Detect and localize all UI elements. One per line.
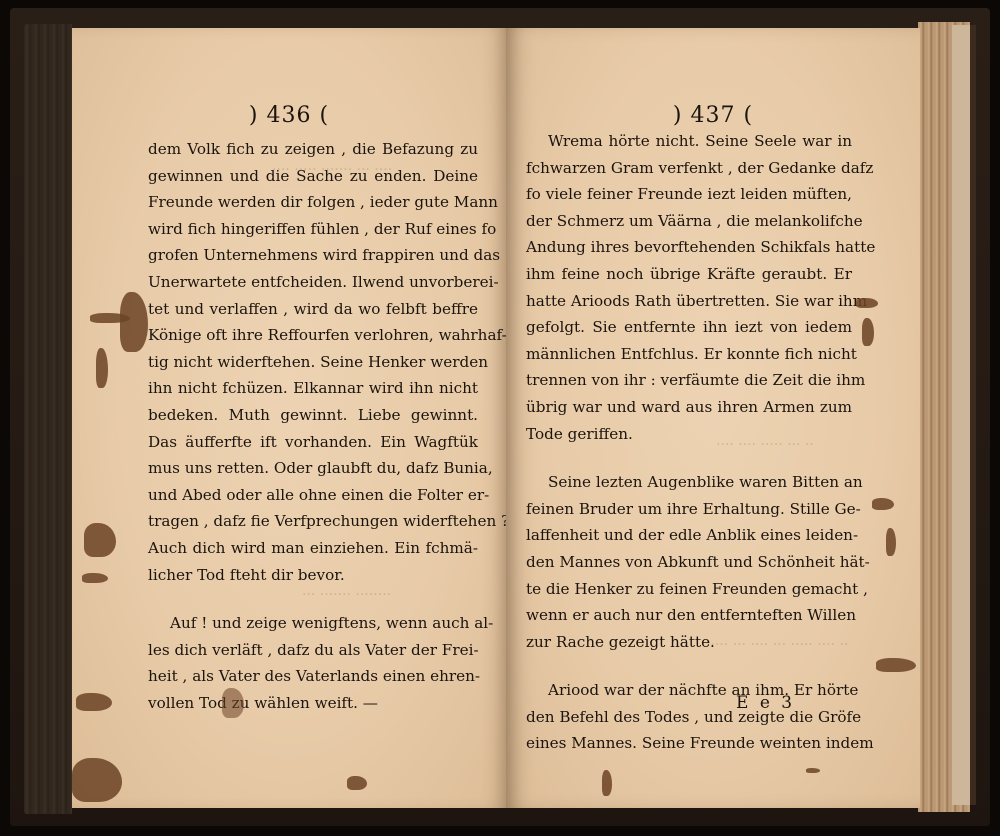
text-line: fo viele feiner Freunde iezt leiden müft… xyxy=(526,181,852,208)
paragraph: Wrema hörte nicht. Seine Seele war in fc… xyxy=(526,128,852,447)
ink-stain xyxy=(90,313,130,323)
text-line: Auch dich wird man einziehen. Ein fchmä- xyxy=(148,535,478,562)
ink-stain xyxy=(72,758,122,802)
body-text: dem Volk fich zu zeigen , die Befazung z… xyxy=(148,136,478,716)
text-line: les dich verläft , dafz du als Vater der… xyxy=(148,637,478,664)
text-line: Freunde werden dir folgen , ieder gute M… xyxy=(148,189,478,216)
ink-stain xyxy=(347,776,367,790)
text-line: wird fich hingeriffen fühlen , der Ruf e… xyxy=(148,216,478,243)
text-line: den Mannes von Abkunft und Schönheit hät… xyxy=(526,549,852,576)
ink-stain xyxy=(76,693,112,711)
text-line: vollen Tod zu wählen weift. — xyxy=(148,690,478,717)
text-line: tet und verlaffen , wird da wo felbft be… xyxy=(148,296,478,323)
text-line: Seine lezten Augenblike waren Bitten an xyxy=(526,469,852,496)
paragraph: Auf ! und zeige wenigftens, wenn auch al… xyxy=(148,610,478,716)
text-line: ihn nicht fchüzen. Elkannar wird ihn nic… xyxy=(148,375,478,402)
body-text: Wrema hörte nicht. Seine Seele war in fc… xyxy=(526,128,852,757)
ink-stain xyxy=(856,298,878,308)
text-line: hatte Arioods Rath übertretten. Sie war … xyxy=(526,288,852,315)
ink-stain xyxy=(82,573,108,583)
text-line: ihm feine noch übrige Kräfte geraubt. Er xyxy=(526,261,852,288)
text-line: gewinnen und die Sache zu enden. Deine xyxy=(148,163,478,190)
text-line: tig nicht widerftehen. Seine Henker werd… xyxy=(148,349,478,376)
text-line: zur Rache gezeigt hätte. xyxy=(526,629,852,656)
text-line: Wrema hörte nicht. Seine Seele war in xyxy=(526,128,852,155)
text-line: tragen , dafz fie Verfprechungen widerft… xyxy=(148,508,478,535)
text-line: te die Henker zu feinen Freunden gemacht… xyxy=(526,576,852,603)
text-line: eines Mannes. Seine Freunde weinten inde… xyxy=(526,730,852,757)
text-line: Auf ! und zeige wenigftens, wenn auch al… xyxy=(148,610,478,637)
ink-stain xyxy=(876,658,916,672)
text-line: Unerwartete entfcheiden. Ilwend unvorber… xyxy=(148,269,478,296)
ink-stain xyxy=(886,528,896,556)
ink-stain xyxy=(96,348,108,388)
text-line: feinen Bruder um ihre Erhaltung. Stille … xyxy=(526,496,852,523)
signature-mark: E e 3 xyxy=(736,693,795,713)
text-line: Das äufferfte ift vorhanden. Ein Wagftük xyxy=(148,429,478,456)
text-line: mus uns retten. Oder glaubft du, dafz Bu… xyxy=(148,455,478,482)
text-line: männlichen Entfchlus. Er konnte fich nic… xyxy=(526,341,852,368)
ink-stain xyxy=(222,688,244,718)
text-line: Tode geriffen. xyxy=(526,421,852,448)
text-line: fchwarzen Gram verfenkt , der Gedanke da… xyxy=(526,155,852,182)
ink-stain xyxy=(84,523,116,557)
text-line: übrig war und ward aus ihren Armen zum xyxy=(526,394,852,421)
right-page: .. ... ..... .... .... .. .... ..... ...… xyxy=(506,28,920,808)
text-line: licher Tod fteht dir bevor. xyxy=(148,562,478,589)
text-line: Ariood war der nächfte an ihm. Er hörte xyxy=(526,677,852,704)
text-line: heit , als Vater des Vaterlands einen eh… xyxy=(148,663,478,690)
left-page: .... ... ....... ..... .... ........ ...… xyxy=(72,28,506,808)
text-line: wenn er auch nur den entfernteften Wille… xyxy=(526,602,852,629)
ink-stain xyxy=(602,770,612,796)
page-number: ) 436 ( xyxy=(72,103,506,128)
ink-stain xyxy=(120,292,148,352)
ink-stain xyxy=(862,318,874,346)
text-line: gefolgt. Sie entfernte ihn iezt von iede… xyxy=(526,314,852,341)
text-line: bedeken. Muth gewinnt. Liebe gewinnt. xyxy=(148,402,478,429)
text-line: grofen Unternehmens wird frappiren und d… xyxy=(148,242,478,269)
text-line: Könige oft ihre Reffourfen verlohren, wa… xyxy=(148,322,478,349)
text-line: Andung ihres bevorftehenden Schikfals ha… xyxy=(526,234,852,261)
ink-stain xyxy=(806,768,820,773)
paragraph: Ariood war der nächfte an ihm. Er hörte … xyxy=(526,677,852,757)
text-line: und Abed oder alle ohne einen die Folter… xyxy=(148,482,478,509)
paragraph: Seine lezten Augenblike waren Bitten an … xyxy=(526,469,852,655)
paragraph: dem Volk fich zu zeigen , die Befazung z… xyxy=(148,136,478,588)
text-line: dem Volk fich zu zeigen , die Befazung z… xyxy=(148,136,478,163)
text-line: der Schmerz um Väärna , die melankolifch… xyxy=(526,208,852,235)
page-number: ) 437 ( xyxy=(506,103,920,128)
text-line: trennen von ihr : verfäumte die Zeit die… xyxy=(526,367,852,394)
text-line: den Befehl des Todes , und zeigte die Gr… xyxy=(526,704,852,731)
right-cover-edge xyxy=(952,25,976,805)
text-line: laffenheit und der edle Anblik eines lei… xyxy=(526,522,852,549)
left-cover-edge xyxy=(24,24,72,814)
ink-stain xyxy=(872,498,894,510)
